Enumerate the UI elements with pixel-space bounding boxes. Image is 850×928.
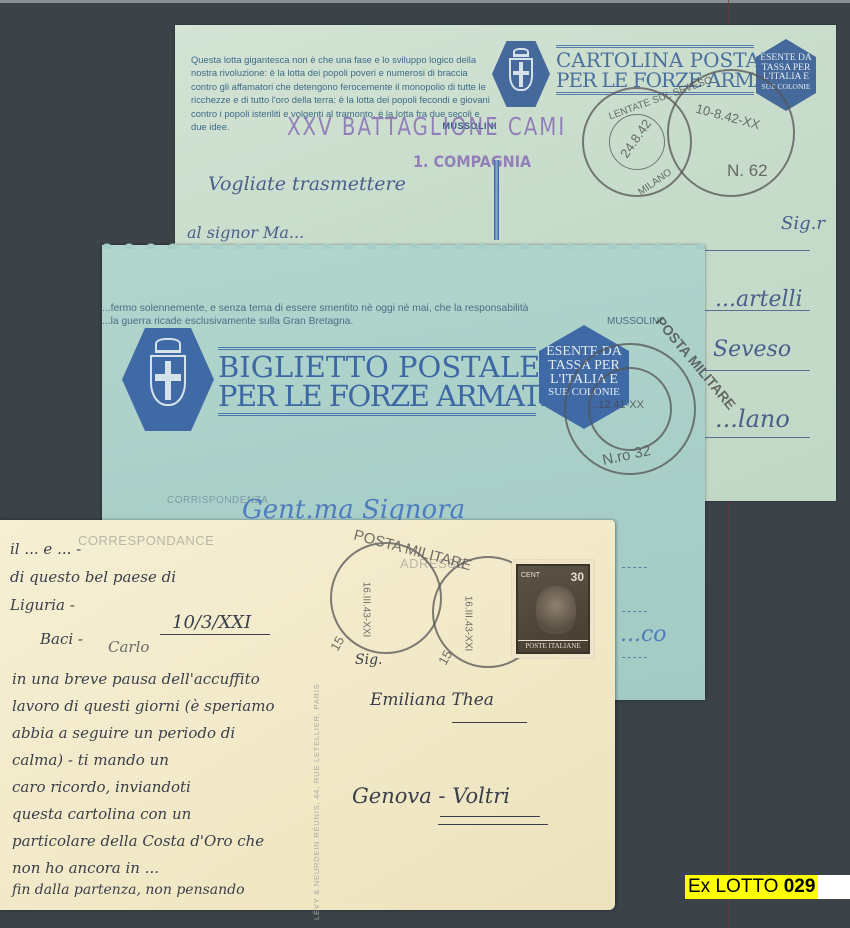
postmark-number: N. 62 [727, 161, 768, 181]
quote-line-1: ...fermo solennemente, e senza tema di e… [102, 302, 662, 315]
lot-number: 029 [784, 876, 816, 897]
title-line-1: CARTOLINA POSTALE [556, 50, 754, 70]
lot-prefix: Ex LOTTO [688, 876, 778, 897]
card-divider [494, 160, 499, 240]
message-line: in una breve pausa dell'accuffito [12, 670, 260, 688]
message-line: fin dalla partenza, non pensando [12, 882, 245, 898]
postmark-number: 15 [435, 647, 455, 667]
signature: Carlo [108, 638, 149, 656]
message-line: il ... e ... - [10, 540, 81, 558]
message-line: Liguria - [10, 596, 75, 614]
handwritten-address: ...co [620, 622, 667, 647]
quote-line-2: ...la guerra ricade esclusivamente sulla… [102, 315, 662, 328]
handwritten-date: 10/3/XXI [172, 612, 251, 633]
address-line [622, 657, 647, 658]
underline [452, 722, 527, 723]
propaganda-quote: ...fermo solennemente, e senza tema di e… [102, 302, 662, 328]
message-line: calma) - ti mando un [12, 751, 169, 769]
stamp-king-portrait: CENT 30 POSTE ITALIANE [516, 564, 590, 654]
stamp-currency: CENT [521, 572, 540, 579]
message-line: abbia a seguire un periodo di [12, 724, 235, 742]
recipient-city: Genova - Voltri [352, 784, 510, 808]
underline [438, 824, 548, 825]
postmark-posta-militare-32: POSTA MILITARE ..12.41-XX N.ro 32 [564, 343, 696, 475]
postmark-date: 10-8.42-XX [694, 101, 761, 133]
underline [440, 816, 540, 817]
address-line [705, 250, 810, 251]
postmark-date: 16.III.43-XXI [462, 596, 473, 652]
address-line [622, 611, 647, 612]
lot-label-container: Ex LOTTO 029 [685, 875, 850, 899]
message-line: non ho ancora in ... [12, 859, 159, 877]
coat-of-arms-icon [122, 328, 214, 431]
postage-stamp: CENT 30 POSTE ITALIANE [512, 560, 594, 658]
message-line: di questo bel paese di [10, 568, 176, 586]
unit-cachet-line-1: XXV BATTAGLIONE CAMI [287, 113, 566, 142]
photo-top-edge [0, 0, 850, 3]
address-line [705, 310, 810, 311]
stamp-country: POSTE ITALIANE [518, 640, 588, 650]
message-line: caro ricordo, inviandoti [12, 778, 191, 796]
message-line: particolare della Costa d'Oro che [12, 832, 264, 850]
recipient-name: Emiliana Thea [370, 690, 494, 710]
postmark-date: 16.III.43-XXI [360, 582, 371, 638]
address-line [705, 437, 810, 438]
printed-correspondance: CORRESPONDANCE [78, 533, 214, 548]
address-line [622, 567, 647, 568]
underline [160, 634, 270, 635]
torn-edge [102, 239, 705, 249]
postmark-posta-militare-15: POSTA MILITARE 16.III.43-XXI 15 [330, 542, 442, 654]
handwritten-address: ...artelli [715, 287, 803, 312]
publisher-imprint: LÉVY & NEURDEIN RÉUNIS, 44, RUE LETELLIE… [312, 683, 321, 920]
postmark-province: MILANO [636, 167, 674, 198]
title-line-2: PER LE FORZE ARMATE [218, 382, 536, 410]
handwritten-address: Sig.r [781, 213, 825, 234]
message-line: questa cartolina con un [12, 805, 191, 823]
lot-label: Ex LOTTO 029 [685, 875, 818, 899]
postmark-number: N.ro 32 [601, 442, 653, 469]
coat-of-arms-icon [492, 41, 550, 107]
postmark-date: ..12.41-XX [592, 399, 644, 411]
portrait-icon [536, 586, 576, 634]
handwritten-message: Vogliate trasmettere [208, 173, 406, 195]
stamp-denomination: 30 [571, 570, 584, 584]
recipient-salutation: Sig. [355, 652, 382, 668]
address-line [705, 370, 810, 371]
message-line: Baci - [40, 630, 83, 648]
message-line: lavoro di questi giorni (è speriamo [12, 697, 274, 715]
card-title: BIGLIETTO POSTALE PER LE FORZE ARMATE [218, 347, 536, 416]
postmark-number: 15 [327, 633, 347, 653]
handwritten-address: Seveso [713, 337, 791, 362]
postmark-posta-militare-62: 10-8.42-XX N. 62 [667, 69, 795, 197]
title-line-1: BIGLIETTO POSTALE [218, 353, 536, 382]
unit-cachet-line-2: 1. COMPAGNIA [413, 152, 531, 171]
